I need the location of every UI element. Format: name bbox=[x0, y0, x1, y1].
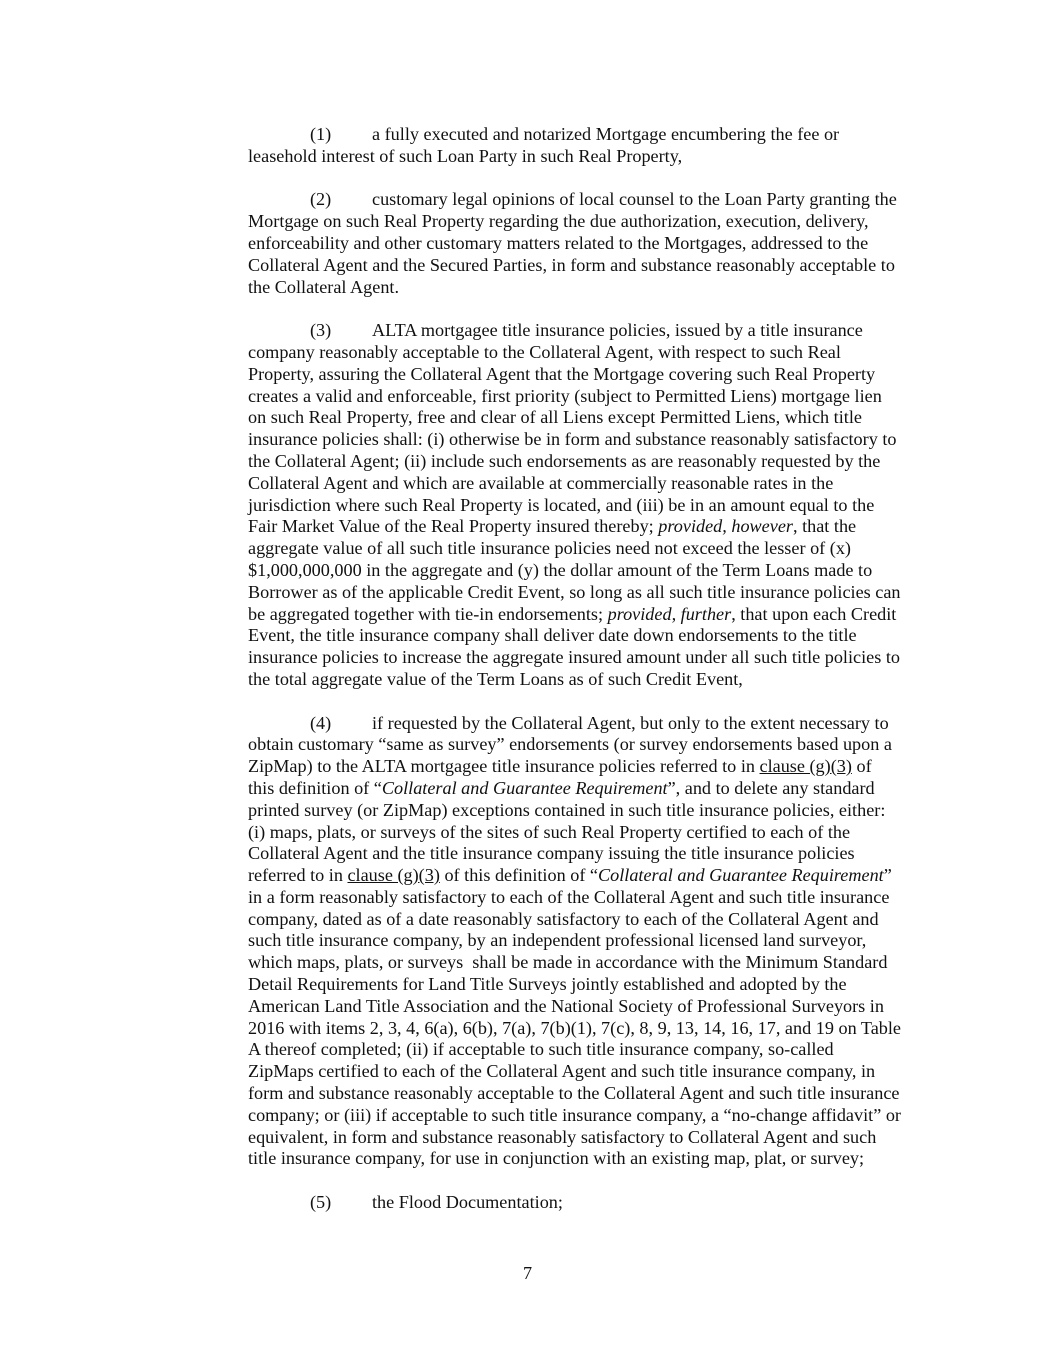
provided-however: provided, however bbox=[658, 516, 793, 536]
defined-term: Collateral and Guarantee Requirement bbox=[382, 778, 668, 798]
clause-number: (4) bbox=[310, 713, 372, 735]
document-page: (1)a fully executed and notarized Mortga… bbox=[248, 124, 948, 1236]
clause-number: (2) bbox=[310, 189, 372, 211]
clause-reference-link[interactable]: clause (g)(3) bbox=[347, 865, 439, 885]
defined-term: Collateral and Guarantee Requirement bbox=[598, 865, 884, 885]
clause-3: (3)ALTA mortgagee title insurance polici… bbox=[248, 320, 948, 691]
clause-1: (1)a fully executed and notarized Mortga… bbox=[248, 124, 948, 168]
provided-further: provided, further bbox=[608, 604, 732, 624]
clause-number: (3) bbox=[310, 320, 372, 342]
clause-5: (5)the Flood Documentation; bbox=[248, 1192, 948, 1214]
clause-2: (2)customary legal opinions of local cou… bbox=[248, 189, 948, 298]
page-number: 7 bbox=[0, 1263, 1055, 1284]
clause-reference-link[interactable]: clause (g)(3) bbox=[760, 756, 852, 776]
clause-number: (5) bbox=[310, 1192, 372, 1214]
clause-number: (1) bbox=[310, 124, 372, 146]
clause-4: (4)if requested by the Collateral Agent,… bbox=[248, 713, 948, 1171]
